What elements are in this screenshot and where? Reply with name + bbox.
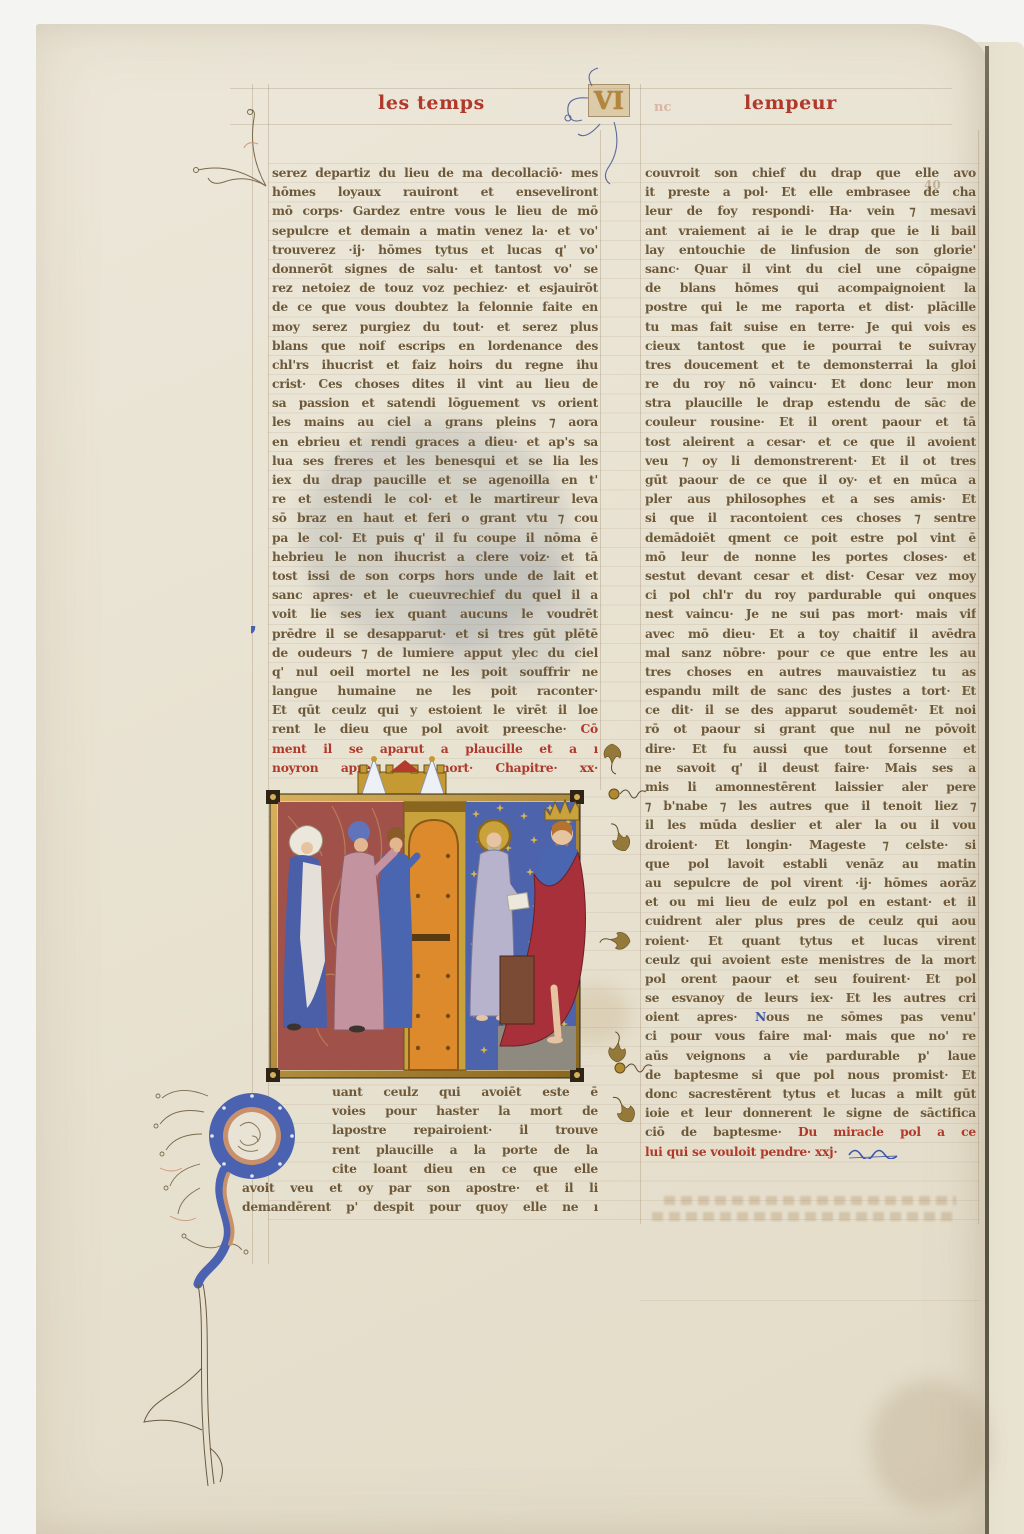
text-line: it preste a pol· Et elle embrasee de cha xyxy=(645,182,976,201)
text-line: tu mas fait suise en terre· Je qui vois … xyxy=(645,317,976,336)
text-line: lua ses freres et les benesqui et se lia… xyxy=(272,451,598,470)
initial-q-body xyxy=(198,1093,295,1284)
text-line: sanc· Quar il vint du ciel une cōpaigne xyxy=(645,259,976,278)
text-line: donnerōt signes de salu· et tantost vo' … xyxy=(272,259,598,278)
text-line: sanc apres· et le cueuvrechief du quel i… xyxy=(272,585,598,604)
text-line: mō leur de nonne les portes closes· et xyxy=(645,547,976,566)
text-line: couleur rousine· Et il orent paour et tā xyxy=(645,412,976,431)
text-line: tost aleirent a cesar· et ce que il avoi… xyxy=(645,432,976,451)
ivy-leaf-icon xyxy=(598,742,628,776)
book-gutter-shadow xyxy=(985,46,989,1534)
rubric-end-flourish-icon xyxy=(847,1145,899,1159)
column-rule xyxy=(978,130,979,1224)
text-line: ce dit· il se des apparut soudemēt· Et n… xyxy=(645,700,976,719)
text-line: couvroit son chief du drap que elle avo xyxy=(645,163,976,182)
text-line: blans que noif escrips en lordenance des xyxy=(272,336,598,355)
text-line: veu ⁊ oy li demonstrerent· Et il ot tres xyxy=(645,451,976,470)
text-line: aūs veignons a vie pardurable p' laue xyxy=(645,1046,976,1065)
text-line: roient· Et quant tytus et lucas virent xyxy=(645,931,976,950)
text-line: ci pol chl'r du roy pardurable qui onque… xyxy=(645,585,976,604)
text-line: hebrieu le non ihucrist a clere voiz· et… xyxy=(272,547,598,566)
text-line: oient apres· Nous ne sōmes pas venu' xyxy=(645,1007,976,1026)
text-line: hōmes loyaux rauiront et enseveliront xyxy=(272,182,598,201)
text-line: cieux tantost que ie pourrai te suivray xyxy=(645,336,976,355)
text-line: et ou mi lieu de eulz pol en estant· et … xyxy=(645,892,976,911)
text-line: donc sacrestērent tytus et lucas a milt … xyxy=(645,1084,976,1103)
text-line: nest vaincu· Je ne sui pas mort· mais vi… xyxy=(645,604,976,623)
line-black-part: ciō de baptesme· xyxy=(645,1124,798,1139)
text-line: droient· Et longin· Mageste ⁊ celste· si xyxy=(645,835,976,854)
text-line: ant vraiement ai ie le drap que ie li ba… xyxy=(645,221,976,240)
text-line: mis li amonnestērent laissier aler pere xyxy=(645,777,976,796)
text-line: dire· Et fu aussi que tout forsenne et xyxy=(645,739,976,758)
text-line: se esvanoy de leurs iex· Et les autres c… xyxy=(645,988,976,1007)
text-line: ioie et leur donnerent le signe de sācti… xyxy=(645,1103,976,1122)
text-line: postre qui le me raporta et dist· plācil… xyxy=(645,297,976,316)
gold-bezant-icon xyxy=(608,786,648,802)
text-line: voit lie ses iex quant aucuns le voudrēt xyxy=(272,604,598,623)
text-line: si que il racontoient ces choses ⁊ sentr… xyxy=(645,508,976,527)
text-line: ci pour vous faire mal· mais que no' re xyxy=(645,1026,976,1045)
text-line: de oudeurs ⁊ de lumiere apput ylec du ci… xyxy=(272,643,598,662)
text-line: mal sanz nōbre· pour ce que entre les au xyxy=(645,643,976,662)
text-line: ciō de baptesme· Du miracle pol a ce xyxy=(645,1122,976,1141)
column2-lines-a: couvroit son chief du drap que elle avoi… xyxy=(645,163,976,1007)
line-pre: oient apres· xyxy=(645,1009,755,1024)
text-line: avec mō dieu· Et a toy chaitif il avēdra xyxy=(645,624,976,643)
verso-show-through xyxy=(664,1196,956,1205)
ivy-leaf-icon xyxy=(597,925,633,958)
illuminated-initial-q xyxy=(140,1068,330,1498)
text-line: cite loant dieu en ce que elle xyxy=(332,1159,598,1178)
verso-show-through xyxy=(652,1212,952,1221)
indented-lines: uant ceulz qui avoiēt este ēvoies pour h… xyxy=(332,1082,598,1178)
text-line: sepulcre et demain a matin venez la· et … xyxy=(272,221,598,240)
text-line: tres doucement et te demonsterrai la glo… xyxy=(645,355,976,374)
column-rule xyxy=(640,84,641,1224)
text-line: sō braz en haut et feri o grant vtu ⁊ co… xyxy=(272,508,598,527)
rubric-text: lui qui se vouloit pendre· xxj· xyxy=(645,1144,837,1159)
chapter-rubric-last-line: lui qui se vouloit pendre· xxj· xyxy=(645,1142,976,1161)
small-initial-n: N xyxy=(755,1009,766,1024)
text-line: voies pour haster la mort de xyxy=(332,1101,598,1120)
text-line: ceulz qui avoient este menistres de la m… xyxy=(645,950,976,969)
running-header-right: lempeur xyxy=(744,92,837,114)
text-line: lapostre repairoient· il trouve xyxy=(332,1120,598,1139)
column2-lines-b: ci pour vous faire mal· mais que no' rea… xyxy=(645,1026,976,1122)
text-line: chl'rs ihucrist et faiz hoirs du regne i… xyxy=(272,355,598,374)
column1-lines: serez departiz du lieu de ma decollaciō·… xyxy=(272,163,598,719)
text-line: au sepulcre de pol virent ·ij· hōmes aor… xyxy=(645,873,976,892)
manuscript-photograph: les temps VI lempeur nc 40 serez departi… xyxy=(0,0,1024,1534)
border-top-flourish-icon xyxy=(188,104,278,194)
text-line: pol orent paour et seu fouirent· Et pol xyxy=(645,969,976,988)
numeral-flourish-icon xyxy=(556,66,656,186)
text-line: ne savoit q' il deust faire· Mais ses a xyxy=(645,758,976,777)
text-line: rent le dieu que pol avoit preesche· Cō xyxy=(272,719,598,738)
text-line: leur de foy respondi· Ha· vein ⁊ mesavi xyxy=(645,201,976,220)
header-show-through: nc xyxy=(654,100,671,115)
descender-flourish xyxy=(144,1284,222,1486)
line-post: ous ne sōmes pas venu' xyxy=(766,1009,976,1024)
text-line: gūt paour de ce que il oy· et en mūca a xyxy=(645,470,976,489)
text-line: sa passion et satendi lōguement vs orien… xyxy=(272,393,598,412)
left-border-bar xyxy=(251,166,262,1088)
text-line: lay entouchie de linfusion de son glorie… xyxy=(645,240,976,259)
text-line: iex du drap paucille et se agenoilla en … xyxy=(272,470,598,489)
text-line: Et qūt ceulz qui y estoient le virēt il … xyxy=(272,700,598,719)
castle-top xyxy=(358,756,446,794)
text-line: ⁊ b'nabe ⁊ les autres que il tenoit liez… xyxy=(645,796,976,815)
column2-text: couvroit son chief du drap que elle avoi… xyxy=(645,163,976,1161)
text-line: re du roy nō vaincu· Et donc leur mon xyxy=(645,374,976,393)
text-line: les mains au ciel a grans pleins ⁊ aora xyxy=(272,412,598,431)
text-line: de baptesme si que pol nous promist· Et xyxy=(645,1065,976,1084)
text-line: prēdre il se desapparut· et si tres gūt … xyxy=(272,624,598,643)
text-line: de ce que vous doubtez la felonnie faite… xyxy=(272,297,598,316)
text-line: stra plaucille le drap estendu de sāc de xyxy=(645,393,976,412)
gold-bezant-icon xyxy=(614,1060,654,1076)
text-line: langue humaine ne les poit raconter· xyxy=(272,681,598,700)
text-line: demādoiēt qment ce poit estre pol vint ē xyxy=(645,528,976,547)
text-line: rō ot paour si grant que nul ne pōvoit xyxy=(645,719,976,738)
text-line: de blans hōmes qui acompaignoient la xyxy=(645,278,976,297)
text-line: tres choses en autres mauvaistiez tu as xyxy=(645,662,976,681)
text-line: trouverez ·ij· hōmes tytus et lucas q' v… xyxy=(272,240,598,259)
crease-line xyxy=(640,1300,980,1301)
text-line: cuidrent aler plus pres de ceulz qui aou xyxy=(645,911,976,930)
running-header-left: les temps xyxy=(378,92,485,114)
text-line: pa le col· Et puis q' il fu coupe il nōm… xyxy=(272,528,598,547)
text-line: serez departiz du lieu de ma decollaciō·… xyxy=(272,163,598,182)
text-line: crist· Ces choses dites il vint au lieu … xyxy=(272,374,598,393)
text-line: il les mūda deslier et aler la ou il vou xyxy=(645,815,976,834)
column-rule xyxy=(600,130,601,790)
column1-text: serez departiz du lieu de ma decollaciō·… xyxy=(272,163,598,777)
parchment-stain xyxy=(870,1380,990,1510)
miniature-paul-appears-to-plautilla-and-nero xyxy=(262,756,592,1088)
line-black-part: rent le dieu que pol avoit preesche· xyxy=(272,721,581,736)
text-line: rent plaucille a la porte de la xyxy=(332,1140,598,1159)
text-line: ment il se aparut a plaucille et a ı xyxy=(272,739,598,758)
text-line: espandu milt de sanc des justes a tort· … xyxy=(645,681,976,700)
text-line: tost issi de son corps hors unde de lait… xyxy=(272,566,598,585)
text-line: moy serez purgiez du tout· et serez plus xyxy=(272,317,598,336)
rubric-start: Du miracle pol a ce xyxy=(798,1124,976,1139)
text-line: re et estendi le col· et le martireur le… xyxy=(272,489,598,508)
text-line: sestut devant cesar et dist· Cesar vez m… xyxy=(645,566,976,585)
text-line: mō corps· Gardez entre vous le lieu de m… xyxy=(272,201,598,220)
text-line: rez netoiez de touz voz pechiez· et esja… xyxy=(272,278,598,297)
text-line: en ebrieu et rendi graces a dieu· et ap'… xyxy=(272,432,598,451)
text-line: que pol lavoit establi venāz au matin xyxy=(645,854,976,873)
rubric-start: Cō xyxy=(581,721,599,736)
text-line: pler aus philosophes et a ses amis· Et xyxy=(645,489,976,508)
text-line: q' nul oeil mortel ne les poit souffrir … xyxy=(272,662,598,681)
